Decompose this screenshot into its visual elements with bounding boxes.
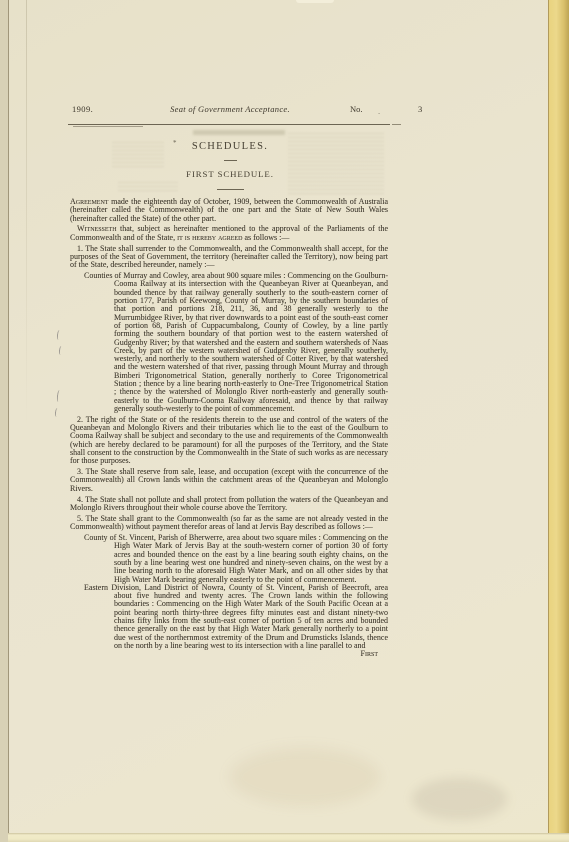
- paragraph: Eastern Division, Land District of Nowra…: [84, 584, 388, 650]
- paragraph: 4. The State shall not pollute and shall…: [70, 496, 388, 513]
- paragraph: 3. The State shall reserve from sale, le…: [70, 468, 388, 493]
- paper-stain: [412, 778, 507, 820]
- page-number: 3: [418, 104, 422, 114]
- margin-pen-mark: [59, 346, 64, 355]
- header-number-label: No.: [350, 104, 363, 114]
- backing-page-bottom-edge: [8, 833, 569, 842]
- schedules-heading: SCHEDULES.: [70, 141, 390, 152]
- margin-pen-mark: [56, 390, 61, 402]
- heading-divider: [217, 189, 244, 190]
- header-dot: .: [378, 106, 380, 116]
- document-body: Agreement made the eighteenth day of Oct…: [70, 198, 388, 658]
- show-through-smudge: [118, 182, 178, 194]
- paragraph: Counties of Murray and Cowley, area abou…: [84, 272, 388, 413]
- catchword: First: [70, 650, 388, 658]
- header-rule: [68, 124, 390, 125]
- backing-page-right-edge: [548, 0, 569, 842]
- paragraph: Agreement made the eighteenth day of Oct…: [70, 198, 388, 223]
- margin-pen-mark: [55, 408, 60, 417]
- paper-crease: [26, 0, 27, 430]
- heading-divider: [224, 160, 237, 161]
- paper-stain: [230, 748, 380, 806]
- first-schedule-heading: FIRST SCHEDULE.: [70, 169, 390, 179]
- paragraph: County of St. Vincent, Parish of Bherwer…: [84, 534, 388, 584]
- paragraph: 2. The right of the State or of the resi…: [70, 416, 388, 466]
- paragraph: 1. The State shall surrender to the Comm…: [70, 245, 388, 270]
- scanned-document-page: 1909. Seat of Government Acceptance. No.…: [0, 0, 569, 842]
- paragraph: Witnesseth that, subject as hereinafter …: [70, 225, 388, 242]
- page-left-edge: [0, 0, 9, 842]
- header-title: Seat of Government Acceptance.: [70, 104, 390, 114]
- paragraph: 5. The State shall grant to the Commonwe…: [70, 515, 388, 532]
- margin-pen-mark: [56, 330, 61, 340]
- page-top-notch: [296, 0, 334, 3]
- running-header: 1909. Seat of Government Acceptance. No.…: [70, 104, 390, 117]
- show-through-smudge: [193, 130, 285, 135]
